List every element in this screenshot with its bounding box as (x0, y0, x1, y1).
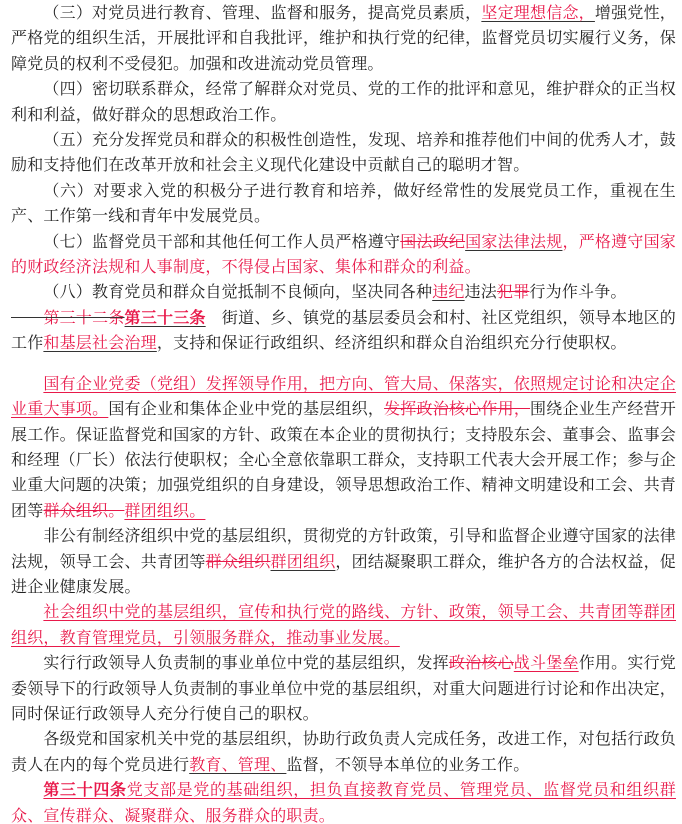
text-run: 行为作斗争。 (529, 282, 626, 301)
paragraph: 国有企业党委（党组）发挥领导作用，把方向、管大局、保落实，依照规定讨论和决定企业… (11, 371, 676, 523)
text-run: （三）对党员进行教育、管理、监督和服务，提高党员素质， (43, 3, 481, 22)
inserted-text: 第三十四条 (43, 780, 126, 799)
deleted-text: 发挥政治核心作用， (384, 399, 530, 418)
deleted-text: 第三十二条 (11, 308, 125, 327)
inserted-text: 社会组织中党的基层组织，宣传和执行党的路线、方针、政策，领导工会、共青团等群团组… (11, 602, 676, 646)
blank-line (11, 356, 676, 371)
inserted-text: 国家法律法规 (465, 232, 562, 251)
deleted-text: 政治核心 (449, 653, 514, 672)
paragraph: 第三十二条第三十三条 街道、乡、镇党的基层委员会和村、社区党组织，领导本地区的工… (11, 305, 676, 356)
text-run: （五）充分发挥党员和群众的积极性创造性，发现、培养和推荐他们中间的优秀人才，鼓励… (11, 130, 676, 174)
text-run: 监督，不领导本单位的业务工作。 (286, 755, 529, 774)
paragraph: （七）监督党员干部和其他任何工作人员严格遵守国法政纪国家法律法规，严格遵守国家的… (11, 229, 676, 280)
paragraph: 社会组织中党的基层组织，宣传和执行党的路线、方针、政策，领导工会、共青团等群团组… (11, 599, 676, 650)
paragraph: （六）对要求入党的积极分子进行教育和培养，做好经常性的发展党员工作，重视在生产、… (11, 178, 676, 229)
inserted-text: 违纪 (432, 282, 464, 301)
inserted-text: 群团组织 (271, 552, 336, 571)
inserted-text: 教育、管理、 (189, 755, 286, 774)
text-run: 国有企业和集体企业中党的基层组织， (108, 399, 384, 418)
deleted-text: 群众组织。 (43, 501, 124, 520)
inserted-text: 和基层社会治理 (43, 333, 156, 352)
deleted-text: 国法政纪 (400, 232, 465, 251)
text-run: 实行行政领导人负责制的事业单位中党的基层组织，发挥 (43, 653, 449, 672)
text-run: （八）教育党员和群众自觉抵制不良倾向，坚决同各种 (43, 282, 432, 301)
paragraph: （三）对党员进行教育、管理、监督和服务，提高党员素质，坚定理想信念，增强党性，严… (11, 0, 676, 76)
paragraph: 各级党和国家机关中党的基层组织，协助行政负责人完成任务，改进工作，对包括行政负责… (11, 726, 676, 777)
paragraph: （五）充分发挥党员和群众的积极性创造性，发现、培养和推荐他们中间的优秀人才，鼓励… (11, 127, 676, 178)
paragraph: 非公有制经济组织中党的基层组织，贯彻党的方针政策，引导和监督企业遵守国家的法律法… (11, 523, 676, 599)
paragraph: 第三十四条党支部是党的基础组织，担负直接教育党员、管理党员、监督党员和组织群众、… (11, 777, 676, 824)
text-run: （四）密切联系群众，经常了解群众对党员、党的工作的批评和意见，维护群众的正当权利… (11, 79, 676, 123)
paragraph: 实行行政领导人负责制的事业单位中党的基层组织，发挥政治核心战斗堡垒作用。实行党委… (11, 650, 676, 726)
inserted-text: 第三十三条 (125, 308, 206, 327)
text-run: （七）监督党员干部和其他任何工作人员严格遵守 (43, 232, 400, 251)
paragraph: （四）密切联系群众，经常了解群众对党员、党的工作的批评和意见，维护群众的正当权利… (11, 76, 676, 127)
paragraph: （八）教育党员和群众自觉抵制不良倾向，坚决同各种违纪违法犯罪行为作斗争。 (11, 279, 676, 304)
document-page: （三）对党员进行教育、管理、监督和服务，提高党员素质，坚定理想信念，增强党性，严… (11, 0, 676, 824)
deleted-text: 群众组织 (206, 552, 271, 571)
text-run: ，支持和保证行政组织、经济组织和群众自治组织充分行使职权。 (157, 333, 627, 352)
text-run: （六）对要求入党的积极分子进行教育和培养，做好经常性的发展党员工作，重视在生产、… (11, 181, 676, 225)
deleted-text: 犯罪 (497, 282, 529, 301)
inserted-text: 战斗堡垒 (514, 653, 579, 672)
inserted-text: 群团组织。 (124, 501, 205, 520)
inserted-text: 坚定理想信念， (481, 3, 595, 22)
text-run: 违法 (465, 282, 497, 301)
